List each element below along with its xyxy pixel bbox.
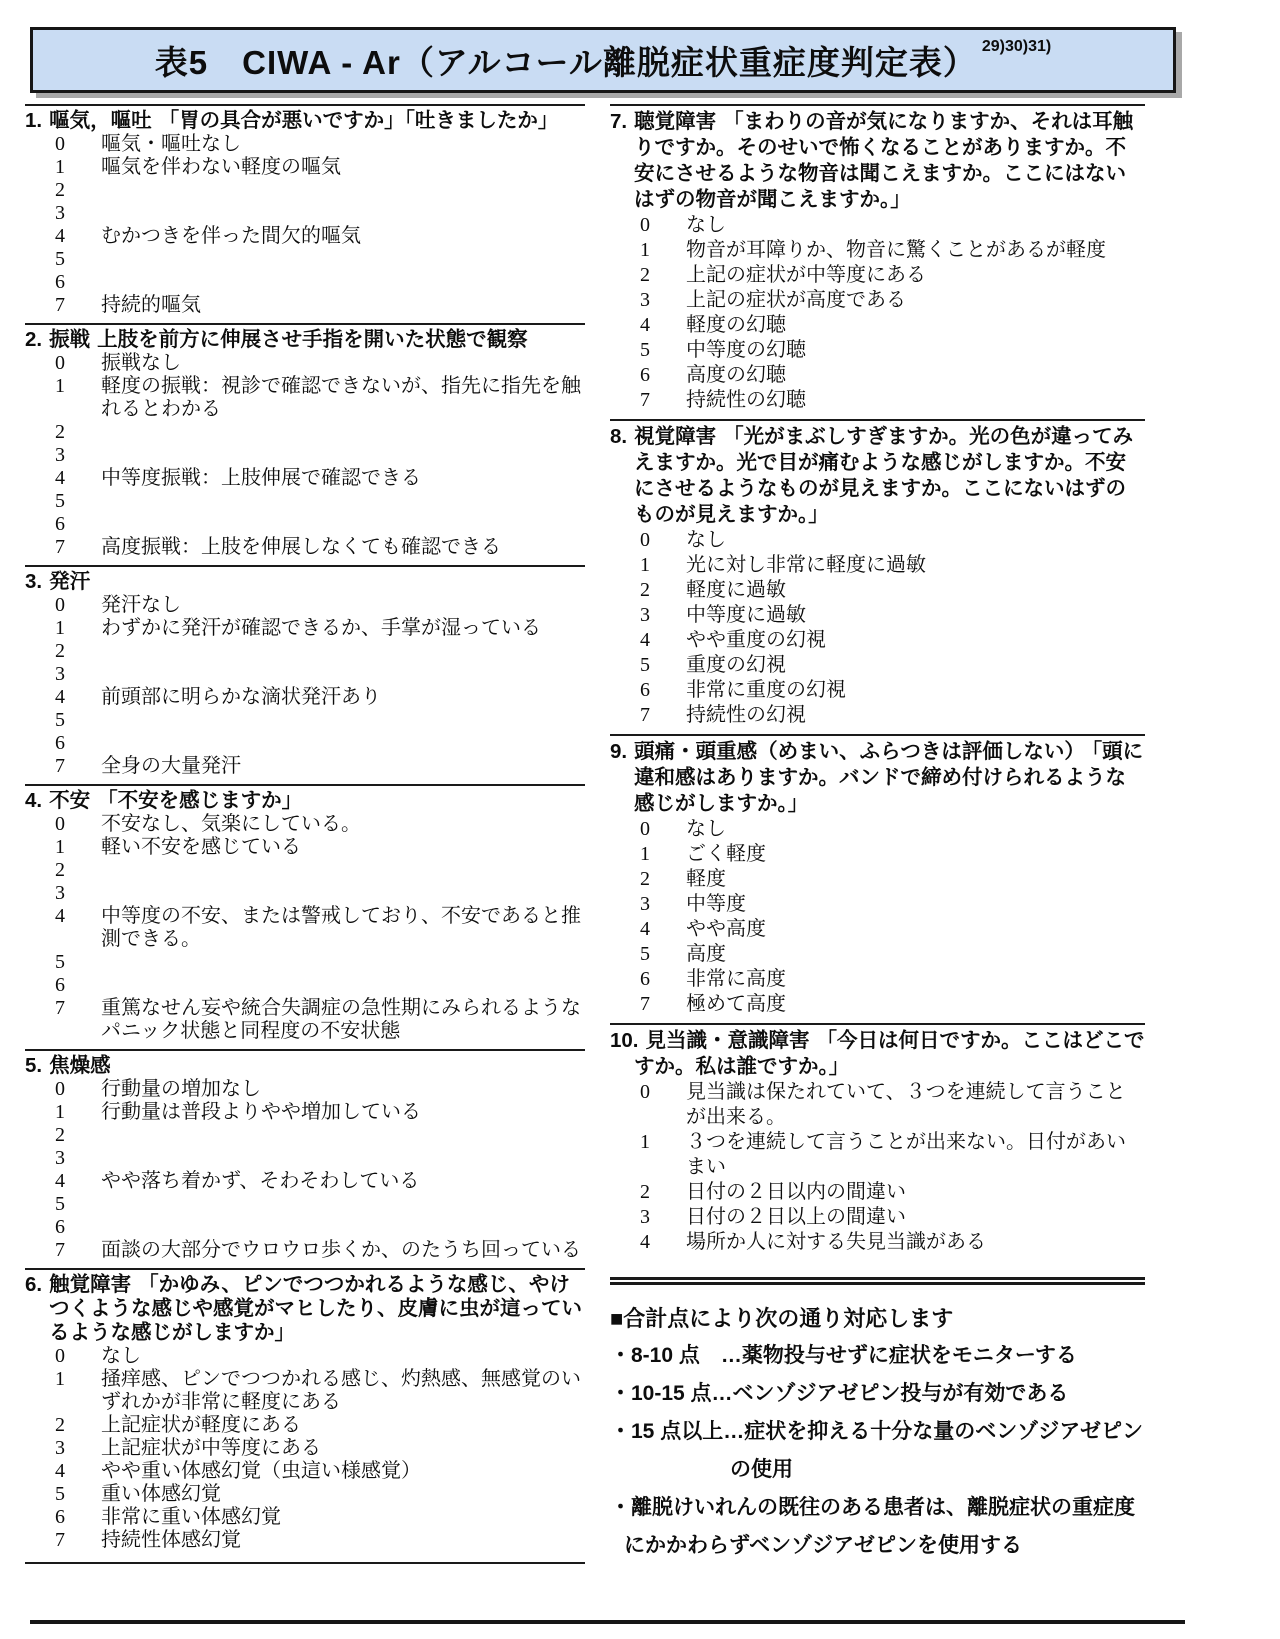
score-row: 6非常に高度 [610, 967, 1145, 992]
section-number: 1. [25, 109, 42, 132]
score-value: 3 [55, 1147, 101, 1170]
score-description [101, 709, 585, 732]
section-header: 5.焦燥感 [25, 1054, 585, 1078]
score-value: 2 [640, 1180, 686, 1205]
score-row: 0見当識は保たれていて、３つを連続して言うことが出来る。 [610, 1080, 1145, 1130]
score-row: 4前頭部に明らかな滴状発汗あり [25, 686, 585, 709]
score-value: 7 [640, 992, 686, 1017]
score-row: 5重い体感幻覚 [25, 1483, 585, 1506]
score-description: 行動量の増加なし [101, 1078, 585, 1101]
section-header: 10.見当識・意識障害「今日は何日ですか。ここはどこですか。私は誰ですか。」 [610, 1028, 1145, 1080]
score-value: 2 [55, 1414, 101, 1437]
score-row: 7面談の大部分でウロウロ歩くか、のたうち回っている [25, 1239, 585, 1262]
summary-heading: ■合計点により次の通り対応します [610, 1301, 1145, 1337]
score-value: 4 [55, 905, 101, 951]
section-number: 2. [25, 328, 42, 351]
score-value: 0 [640, 817, 686, 842]
section-header: 7.聴覚障害「まわりの音が気になりますか、それは耳触りですか。そのせいで怖くなる… [610, 109, 1145, 213]
score-description: 高度 [686, 942, 1145, 967]
score-row: 6高度の幻聴 [610, 363, 1145, 388]
score-description [101, 1124, 585, 1147]
score-row: 4やや重度の幻視 [610, 628, 1145, 653]
score-row: 1わずかに発汗が確認できるか、手掌が湿っている [25, 617, 585, 640]
section-number: 4. [25, 789, 42, 812]
score-row: 3中等度 [610, 892, 1145, 917]
score-row: 4中等度振戦：上肢伸展で確認できる [25, 467, 585, 490]
score-row: 3 [25, 663, 585, 686]
score-value: 5 [55, 248, 101, 271]
score-row: 2日付の２日以内の間違い [610, 1180, 1145, 1205]
score-row: 3上記の症状が高度である [610, 288, 1145, 313]
section-title: 視覚障害 [634, 425, 716, 448]
score-row: 1３つを連続して言うことが出来ない。日付があいまい [610, 1130, 1145, 1180]
section-prompt: 「胃の具合が悪いですか」「吐きましたか」 [159, 109, 559, 132]
score-value: 3 [55, 882, 101, 905]
score-description: 発汗なし [101, 594, 585, 617]
score-description: 見当識は保たれていて、３つを連続して言うことが出来る。 [686, 1080, 1145, 1130]
score-description: やや落ち着かず、そわそわしている [101, 1170, 585, 1193]
score-description: 嘔気を伴わない軽度の嘔気 [101, 156, 585, 179]
score-row: 7重篤なせん妄や統合失調症の急性期にみられるようなパニック状態と同程度の不安状態 [25, 997, 585, 1043]
score-description: やや重い体感幻覚（虫這い様感覚） [101, 1460, 585, 1483]
score-value: 2 [640, 263, 686, 288]
score-description [101, 882, 585, 905]
score-value: 3 [640, 603, 686, 628]
score-description [101, 951, 585, 974]
score-value: 3 [55, 202, 101, 225]
title-banner: 表5 CIWA - Ar（アルコール離脱症状重症度判定表）29)30)31) [30, 27, 1176, 93]
score-description: なし [686, 213, 1145, 238]
score-row: 7高度振戦：上肢を伸展しなくても確認できる [25, 536, 585, 559]
score-row: 5重度の幻視 [610, 653, 1145, 678]
score-value: 3 [640, 288, 686, 313]
score-row: 4むかつきを伴った間欠的嘔気 [25, 225, 585, 248]
score-row: 5高度 [610, 942, 1145, 967]
section-title: 聴覚障害 [634, 110, 716, 133]
score-description [101, 1193, 585, 1216]
page-title: 表5 CIWA - Ar（アルコール離脱症状重症度判定表） [155, 37, 977, 84]
score-description: 軽度 [686, 867, 1145, 892]
score-description: 極めて高度 [686, 992, 1145, 1017]
score-value: 1 [55, 156, 101, 179]
score-description: むかつきを伴った間欠的嘔気 [101, 225, 585, 248]
score-description: 上記の症状が中等度にある [686, 263, 1145, 288]
score-row: 6非常に重い体感幻覚 [25, 1506, 585, 1529]
score-description: 上記の症状が高度である [686, 288, 1145, 313]
score-description: 非常に重い体感幻覚 [101, 1506, 585, 1529]
score-description [101, 513, 585, 536]
score-value: 6 [640, 678, 686, 703]
score-row: 0発汗なし [25, 594, 585, 617]
score-row: 6 [25, 1216, 585, 1239]
section-title: 不安 [49, 789, 90, 812]
score-value: 4 [55, 1460, 101, 1483]
score-value: 2 [55, 640, 101, 663]
score-value: 0 [55, 1078, 101, 1101]
section: 8.視覚障害「光がまぶしすぎますか。光の色が違ってみえますか。光で目が痛むような… [610, 419, 1145, 734]
section-header: 6.触覚障害「かゆみ、ピンでつつかれるような感じ、やけつくような感じや感覚がマヒ… [25, 1273, 585, 1345]
left-sections: 1.嘔気，嘔吐「胃の具合が悪いですか」「吐きましたか」0嘔気・嘔吐なし1嘔気を伴… [25, 104, 585, 1564]
score-row: 4やや高度 [610, 917, 1145, 942]
section-title: 嘔気，嘔吐 [49, 109, 152, 132]
score-value: 4 [55, 467, 101, 490]
summary-bullet: ・15 点以上…症状を抑える十分な量のベンゾジアゼピンの使用 [610, 1413, 1145, 1489]
score-description [101, 1147, 585, 1170]
score-description: 全身の大量発汗 [101, 755, 585, 778]
score-value: 0 [55, 352, 101, 375]
score-description: 嘔気・嘔吐なし [101, 133, 585, 156]
section: 1.嘔気，嘔吐「胃の具合が悪いですか」「吐きましたか」0嘔気・嘔吐なし1嘔気を伴… [25, 104, 585, 323]
section-number: 10. [610, 1029, 639, 1052]
summary-bullet: ・8-10 点 …薬物投与せずに症状をモニターする [610, 1337, 1145, 1375]
score-description: 軽い不安を感じている [101, 836, 585, 859]
score-description: なし [686, 528, 1145, 553]
section-number: 5. [25, 1054, 42, 1077]
score-description [101, 202, 585, 225]
section-title: 焦燥感 [49, 1054, 111, 1077]
score-row: 0不安なし、気楽にしている。 [25, 813, 585, 836]
score-value: 0 [640, 528, 686, 553]
score-row: 0なし [610, 528, 1145, 553]
score-value: 4 [640, 917, 686, 942]
score-value: 6 [55, 513, 101, 536]
score-description: 重い体感幻覚 [101, 1483, 585, 1506]
summary-bullet: ・10-15 点…ベンゾジアゼピン投与が有効である [610, 1375, 1145, 1413]
score-value: 2 [55, 179, 101, 202]
section-number: 3. [25, 570, 42, 593]
score-description: 中等度の幻聴 [686, 338, 1145, 363]
score-value: 7 [640, 703, 686, 728]
score-value: 5 [55, 1483, 101, 1506]
score-row: 7全身の大量発汗 [25, 755, 585, 778]
score-value: 4 [55, 686, 101, 709]
right-column: 7.聴覚障害「まわりの音が気になりますか、それは耳触りですか。そのせいで怖くなる… [610, 104, 1145, 1565]
summary-bullet-line: ・10-15 点…ベンゾジアゼピン投与が有効である [610, 1375, 1145, 1413]
score-row: 4軽度の幻聴 [610, 313, 1145, 338]
score-description: なし [101, 1345, 585, 1368]
score-value: 6 [55, 1216, 101, 1239]
summary-bullet-line: の使用 [610, 1451, 1145, 1489]
score-row: 1軽い不安を感じている [25, 836, 585, 859]
section-prompt: 「不安を感じますか」 [97, 789, 302, 812]
score-value: 5 [55, 951, 101, 974]
score-description: やや重度の幻視 [686, 628, 1145, 653]
score-value: 1 [55, 1368, 101, 1414]
score-description [101, 490, 585, 513]
summary-bullet-line: ・15 点以上…症状を抑える十分な量のベンゾジアゼピン [610, 1413, 1145, 1451]
score-value: 1 [55, 836, 101, 859]
score-description: 前頭部に明らかな滴状発汗あり [101, 686, 585, 709]
score-value: 3 [55, 663, 101, 686]
score-description: 重度の幻視 [686, 653, 1145, 678]
left-column: 1.嘔気，嘔吐「胃の具合が悪いですか」「吐きましたか」0嘔気・嘔吐なし1嘔気を伴… [25, 104, 585, 1564]
score-description: 中等度に過敏 [686, 603, 1145, 628]
score-description: 中等度振戦：上肢伸展で確認できる [101, 467, 585, 490]
summary-bullet: ・離脱けいれんの既往のある患者は、離脱症状の重症度にかかわらずベンゾジアゼピンを… [610, 1489, 1145, 1565]
score-value: 4 [55, 225, 101, 248]
score-description [101, 421, 585, 444]
score-row: 4やや落ち着かず、そわそわしている [25, 1170, 585, 1193]
score-description [101, 732, 585, 755]
score-description [101, 179, 585, 202]
score-value: 1 [55, 375, 101, 421]
score-row: 2 [25, 859, 585, 882]
score-value: 6 [55, 1506, 101, 1529]
score-value: 3 [55, 444, 101, 467]
score-row: 5 [25, 490, 585, 513]
score-description: 重篤なせん妄や統合失調症の急性期にみられるようなパニック状態と同程度の不安状態 [101, 997, 585, 1043]
score-value: 2 [640, 578, 686, 603]
score-value: 7 [55, 1239, 101, 1262]
score-row: 1軽度の振戦：視診で確認できないが、指先に指先を触れるとわかる [25, 375, 585, 421]
score-value: 4 [55, 1170, 101, 1193]
score-row: 5 [25, 951, 585, 974]
score-value: 5 [640, 942, 686, 967]
score-row: 6 [25, 732, 585, 755]
score-value: 0 [55, 1345, 101, 1368]
score-description: 持続性体感幻覚 [101, 1529, 585, 1552]
score-description: 中等度の不安、または警戒しており、不安であると推測できる。 [101, 905, 585, 951]
section: 5.焦燥感0行動量の増加なし1行動量は普段よりやや増加している234やや落ち着か… [25, 1049, 585, 1268]
section-title: 発汗 [49, 570, 90, 593]
summary-bullets: ・8-10 点 …薬物投与せずに症状をモニターする・10-15 点…ベンゾジアゼ… [610, 1337, 1145, 1565]
score-row: 2 [25, 421, 585, 444]
ciwa-ar-document: 表5 CIWA - Ar（アルコール離脱症状重症度判定表）29)30)31) 1… [0, 0, 1280, 1639]
score-description: 軽度の幻聴 [686, 313, 1145, 338]
score-description: 非常に重度の幻視 [686, 678, 1145, 703]
summary-block: ■合計点により次の通り対応します ・8-10 点 …薬物投与せずに症状をモニター… [610, 1277, 1145, 1565]
score-description: ごく軽度 [686, 842, 1145, 867]
score-description: 持続的嘔気 [101, 294, 585, 317]
score-value: 4 [640, 313, 686, 338]
score-description [101, 444, 585, 467]
section: 7.聴覚障害「まわりの音が気になりますか、それは耳触りですか。そのせいで怖くなる… [610, 104, 1145, 419]
score-row: 2軽度に過敏 [610, 578, 1145, 603]
score-value: 3 [640, 892, 686, 917]
score-value: 1 [55, 1101, 101, 1124]
score-row: 2上記症状が軽度にある [25, 1414, 585, 1437]
score-row: 6非常に重度の幻視 [610, 678, 1145, 703]
score-row: 7持続性体感幻覚 [25, 1529, 585, 1552]
score-value: 5 [55, 1193, 101, 1216]
score-row: 2 [25, 179, 585, 202]
score-description: 行動量は普段よりやや増加している [101, 1101, 585, 1124]
score-description: 持続性の幻聴 [686, 388, 1145, 413]
score-row: 1物音が耳障りか、物音に驚くことがあるが軽度 [610, 238, 1145, 263]
score-value: 2 [55, 421, 101, 444]
score-description: 高度の幻聴 [686, 363, 1145, 388]
score-description: 日付の２日以上の間違い [686, 1205, 1145, 1230]
score-row: 4場所か人に対する失見当識がある [610, 1230, 1145, 1255]
score-row: 1ごく軽度 [610, 842, 1145, 867]
score-description: 光に対し非常に軽度に過敏 [686, 553, 1145, 578]
score-description: 軽度に過敏 [686, 578, 1145, 603]
section-number: 9. [610, 740, 627, 763]
score-value: 7 [55, 294, 101, 317]
section: 9.頭痛・頭重感（めまい、ふらつきは評価しない）「頭に違和感はありますか。バンド… [610, 734, 1145, 1023]
summary-bullet-line: ・8-10 点 …薬物投与せずに症状をモニターする [610, 1337, 1145, 1375]
summary-bullet-line: ・離脱けいれんの既往のある患者は、離脱症状の重症度 [610, 1489, 1145, 1527]
score-description: やや高度 [686, 917, 1145, 942]
right-sections: 7.聴覚障害「まわりの音が気になりますか、それは耳触りですか。そのせいで怖くなる… [610, 104, 1145, 1261]
score-description [101, 271, 585, 294]
score-value: 1 [55, 617, 101, 640]
score-row: 2 [25, 640, 585, 663]
score-description: 非常に高度 [686, 967, 1145, 992]
score-description: 上記症状が中等度にある [101, 1437, 585, 1460]
section-number: 8. [610, 425, 627, 448]
score-row: 0なし [610, 213, 1145, 238]
score-description [101, 859, 585, 882]
score-row: 6 [25, 513, 585, 536]
score-value: 0 [640, 1080, 686, 1130]
score-value: 0 [55, 133, 101, 156]
score-value: 7 [55, 536, 101, 559]
score-value: 5 [640, 338, 686, 363]
score-description: わずかに発汗が確認できるか、手掌が湿っている [101, 617, 585, 640]
score-description: 面談の大部分でウロウロ歩くか、のたうち回っている [101, 1239, 585, 1262]
section: 4.不安「不安を感じますか」0不安なし、気楽にしている。1軽い不安を感じている2… [25, 784, 585, 1049]
score-row: 1掻痒感、ピンでつつかれる感じ、灼熱感、無感覚のいずれかが非常に軽度にある [25, 1368, 585, 1414]
score-row: 6 [25, 974, 585, 997]
score-description: なし [686, 817, 1145, 842]
section-header: 2.振戦上肢を前方に伸展させ手指を開いた状態で観察 [25, 328, 585, 352]
score-description: 軽度の振戦：視診で確認できないが、指先に指先を触れるとわかる [101, 375, 585, 421]
section: 2.振戦上肢を前方に伸展させ手指を開いた状態で観察0振戦なし1軽度の振戦：視診で… [25, 323, 585, 565]
section-header: 8.視覚障害「光がまぶしすぎますか。光の色が違ってみえますか。光で目が痛むような… [610, 424, 1145, 528]
section-number: 7. [610, 110, 627, 133]
section-header: 4.不安「不安を感じますか」 [25, 789, 585, 813]
section: 6.触覚障害「かゆみ、ピンでつつかれるような感じ、やけつくような感じや感覚がマヒ… [25, 1268, 585, 1564]
section-header: 3.発汗 [25, 570, 585, 594]
score-value: 7 [640, 388, 686, 413]
score-row: 3 [25, 202, 585, 225]
score-value: 6 [55, 732, 101, 755]
score-row: 1光に対し非常に軽度に過敏 [610, 553, 1145, 578]
score-value: 3 [55, 1437, 101, 1460]
score-value: 7 [55, 997, 101, 1043]
score-row: 6 [25, 271, 585, 294]
section-title: 触覚障害 [49, 1273, 131, 1296]
score-row: 5 [25, 248, 585, 271]
score-row: 3日付の２日以上の間違い [610, 1205, 1145, 1230]
score-description: 上記症状が軽度にある [101, 1414, 585, 1437]
section-header: 1.嘔気，嘔吐「胃の具合が悪いですか」「吐きましたか」 [25, 109, 585, 133]
score-row: 7持続性の幻視 [610, 703, 1145, 728]
score-row: 1嘔気を伴わない軽度の嘔気 [25, 156, 585, 179]
score-value: 1 [640, 553, 686, 578]
score-row: 3中等度に過敏 [610, 603, 1145, 628]
score-row: 7持続性の幻聴 [610, 388, 1145, 413]
score-value: 4 [640, 628, 686, 653]
score-description [101, 974, 585, 997]
score-row: 7極めて高度 [610, 992, 1145, 1017]
score-row: 3 [25, 882, 585, 905]
score-row: 0なし [610, 817, 1145, 842]
bottom-divider [30, 1620, 1185, 1624]
section-header: 9.頭痛・頭重感（めまい、ふらつきは評価しない）「頭に違和感はありますか。バンド… [610, 739, 1145, 817]
score-row: 0行動量の増加なし [25, 1078, 585, 1101]
score-value: 1 [640, 842, 686, 867]
score-row: 5 [25, 1193, 585, 1216]
score-row: 7持続的嘔気 [25, 294, 585, 317]
score-row: 0振戦なし [25, 352, 585, 375]
score-description: 高度振戦：上肢を伸展しなくても確認できる [101, 536, 585, 559]
score-description: 物音が耳障りか、物音に驚くことがあるが軽度 [686, 238, 1145, 263]
score-value: 2 [640, 867, 686, 892]
score-description [101, 663, 585, 686]
summary-bullet-line: にかかわらずベンゾジアゼピンを使用する [610, 1527, 1145, 1565]
score-value: 0 [640, 213, 686, 238]
score-value: 0 [55, 813, 101, 836]
score-description [101, 248, 585, 271]
score-value: 5 [640, 653, 686, 678]
score-value: 7 [55, 1529, 101, 1552]
score-description: 振戦なし [101, 352, 585, 375]
score-value: 2 [55, 1124, 101, 1147]
score-description: ３つを連続して言うことが出来ない。日付があいまい [686, 1130, 1145, 1180]
score-row: 5中等度の幻聴 [610, 338, 1145, 363]
section-number: 6. [25, 1273, 42, 1296]
score-value: 6 [640, 363, 686, 388]
score-value: 2 [55, 859, 101, 882]
score-row: 3 [25, 444, 585, 467]
score-row: 3上記症状が中等度にある [25, 1437, 585, 1460]
score-value: 3 [640, 1205, 686, 1230]
score-description: 不安なし、気楽にしている。 [101, 813, 585, 836]
score-description [101, 1216, 585, 1239]
score-row: 2軽度 [610, 867, 1145, 892]
score-row: 4やや重い体感幻覚（虫這い様感覚） [25, 1460, 585, 1483]
score-row: 4中等度の不安、または警戒しており、不安であると推測できる。 [25, 905, 585, 951]
score-description: 場所か人に対する失見当識がある [686, 1230, 1145, 1255]
score-description: 持続性の幻視 [686, 703, 1145, 728]
score-row: 0嘔気・嘔吐なし [25, 133, 585, 156]
score-value: 6 [55, 271, 101, 294]
reference-superscript: 29)30)31) [982, 38, 1051, 56]
score-value: 1 [640, 238, 686, 263]
section: 3.発汗0発汗なし1わずかに発汗が確認できるか、手掌が湿っている234前頭部に明… [25, 565, 585, 784]
score-value: 4 [640, 1230, 686, 1255]
score-row: 1行動量は普段よりやや増加している [25, 1101, 585, 1124]
score-row: 3 [25, 1147, 585, 1170]
score-value: 1 [640, 1130, 686, 1180]
score-row: 0なし [25, 1345, 585, 1368]
score-value: 6 [55, 974, 101, 997]
score-description: 掻痒感、ピンでつつかれる感じ、灼熱感、無感覚のいずれかが非常に軽度にある [101, 1368, 585, 1414]
section-prompt: 上肢を前方に伸展させ手指を開いた状態で観察 [97, 328, 528, 351]
score-value: 7 [55, 755, 101, 778]
score-row: 5 [25, 709, 585, 732]
score-value: 6 [640, 967, 686, 992]
score-value: 0 [55, 594, 101, 617]
score-description [101, 640, 585, 663]
score-description: 中等度 [686, 892, 1145, 917]
score-row: 2上記の症状が中等度にある [610, 263, 1145, 288]
score-description: 日付の２日以内の間違い [686, 1180, 1145, 1205]
section: 10.見当識・意識障害「今日は何日ですか。ここはどこですか。私は誰ですか。」0見… [610, 1023, 1145, 1261]
section-title: 頭痛・頭重感（めまい、ふらつきは評価しない） [634, 740, 1085, 763]
score-row: 2 [25, 1124, 585, 1147]
score-value: 5 [55, 709, 101, 732]
score-value: 5 [55, 490, 101, 513]
section-title: 振戦 [49, 328, 90, 351]
section-title: 見当識・意識障害 [646, 1029, 810, 1052]
